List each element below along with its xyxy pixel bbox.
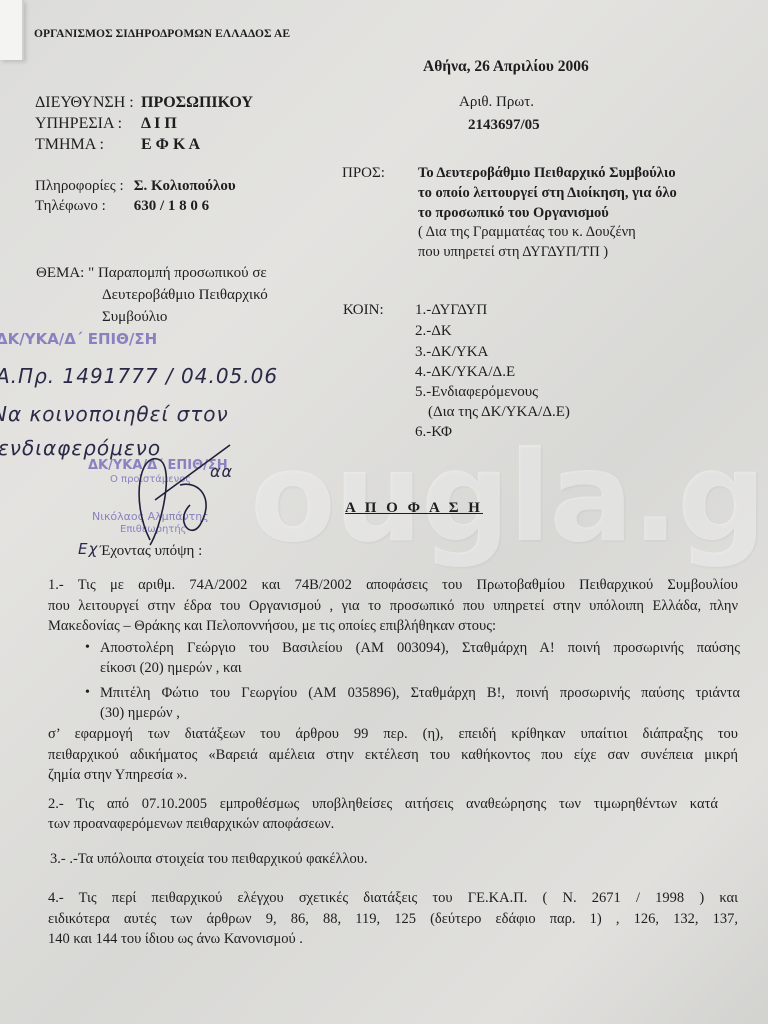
paragraph-2-line: 2.- Τις από 07.10.2005 εμπροθέσμως υποβλ…: [48, 796, 718, 813]
watermark: ougla.gr: [250, 425, 768, 570]
header-department: ΤΜΗΜΑ : Ε Φ Κ Α: [35, 136, 200, 154]
decision-title: Α Π Ο Φ Α Σ Η: [345, 500, 483, 517]
bullet-icon: •: [85, 640, 90, 656]
paragraph-2-line: των προαναφερόμενων πειθαρχικών αποφάσεω…: [48, 816, 334, 833]
header-service: ΥΠΗΡΕΣΙΑ : Δ Ι Π: [35, 115, 177, 133]
cc-item: 1.-ΔΥΓΔΥΠ: [415, 302, 487, 319]
info-contact: Πληροφορίες : Σ. Κολιοπούλου: [35, 178, 236, 195]
bullet-line: Αποστολέρη Γεώργιο του Βασιλείου (ΑΜ 003…: [100, 640, 740, 657]
protocol-number: 2143697/05: [468, 117, 540, 134]
recipient-label: ΠΡΟΣ:: [342, 165, 385, 182]
paragraph-1-tail-line: ζημία στην Υπηρεσία ».: [48, 767, 187, 784]
cc-label: ΚΟΙΝ:: [343, 302, 384, 319]
paragraph-1-tail-line: πειθαρχικού αδικήματος «Βαρειά αμέλεια σ…: [48, 747, 738, 764]
recipient-line: το οποίο λειτουργεί στη Διοίκηση, για όλ…: [418, 185, 677, 202]
organization-name: ΟΡΓΑΝΙΣΜΟΣ ΣΙΔΗΡΟΔΡΟΜΩΝ ΕΛΛΑΔΟΣ ΑΕ: [34, 28, 290, 40]
bullet-icon: •: [85, 685, 90, 701]
cc-item: (Δια της ΔΚ/ΥΚΑ/Δ.Ε): [428, 404, 570, 421]
considering-heading: Έχοντας υπόψη :: [100, 543, 202, 560]
paragraph-4-line: 4.- Τις περί πειθαρχικού ελέγχου σχετικέ…: [48, 890, 738, 907]
recipient-line: ( Δια της Γραμματέας του κ. Δουζένη: [418, 224, 636, 241]
info-phone: Τηλέφωνο : 630 / 1 8 0 6: [35, 198, 209, 215]
paragraph-3-line: 3.- .-Τα υπόλοιπα στοιχεία του πειθαρχικ…: [50, 851, 368, 868]
subject: ΘΕΜΑ: " Παραπομπή προσωπικού σε Δευτεροβ…: [36, 262, 268, 328]
header-directorate: ΔΙΕΥΘΥΝΣΗ : ΠΡΟΣΩΠΙΚΟΥ: [35, 94, 253, 112]
paragraph-1-line: 1.- Τις με αριθμ. 74Α/2002 και 74Β/2002 …: [48, 577, 738, 594]
protocol-label: Αριθ. Πρωτ.: [459, 94, 534, 111]
recipient-line: που υπηρετεί στη ΔΥΓΔΥΠ/ΤΠ ): [418, 244, 608, 261]
cc-item: 2.-ΔΚ: [415, 323, 452, 340]
recipient-line: Το Δευτεροβάθμιο Πειθαρχικό Συμβούλιο: [418, 165, 676, 182]
document-date: Αθήνα, 26 Απριλίου 2006: [423, 58, 589, 76]
paragraph-1-line: Μακεδονίας – Θράκης και Πελοποννήσου, με…: [48, 618, 496, 635]
handwriting-prefix: Εχ: [78, 540, 98, 558]
recipient-line: το προσωπικό του Οργανισμού: [418, 205, 609, 222]
cc-item: 6.-ΚΦ: [415, 424, 452, 441]
signature-icon: [120, 440, 240, 550]
handwriting-note: Να κοινοποιηθεί στον: [0, 402, 229, 426]
paper-corner-fold: [0, 0, 24, 60]
bullet-line: είκοσι (20) ημερών , και: [100, 660, 242, 677]
paragraph-4-line: ειδικότερα αυτές των άρθρων 9, 86, 88, 1…: [48, 911, 738, 928]
bullet-line: (30) ημερών ,: [100, 705, 180, 722]
stamp-top: ΔΚ/ΥΚΑ/Δ΄ ΕΠΙΘ/ΣΗ: [0, 330, 157, 348]
cc-item: 5.-Ενδιαφερόμενους: [415, 384, 538, 401]
paragraph-1-tail-line: σ’ εφαρμογή των διατάξεων του άρθρου 99 …: [48, 726, 738, 743]
paragraph-4-line: 140 και 144 του ίδιου ως άνω Κανονισμού …: [48, 931, 303, 948]
bullet-line: Μπιτέλη Φώτιο του Γεωργίου (ΑΜ 035896), …: [100, 685, 740, 702]
handwriting-protocol: Α.Πρ. 1491777 / 04.05.06: [0, 364, 278, 388]
cc-item: 3.-ΔΚ/ΥΚΑ: [415, 344, 488, 361]
cc-item: 4.-ΔΚ/ΥΚΑ/Δ.Ε: [415, 364, 515, 381]
paragraph-1-line: που λειτουργεί στην έδρα του Οργανισμού …: [48, 598, 738, 615]
